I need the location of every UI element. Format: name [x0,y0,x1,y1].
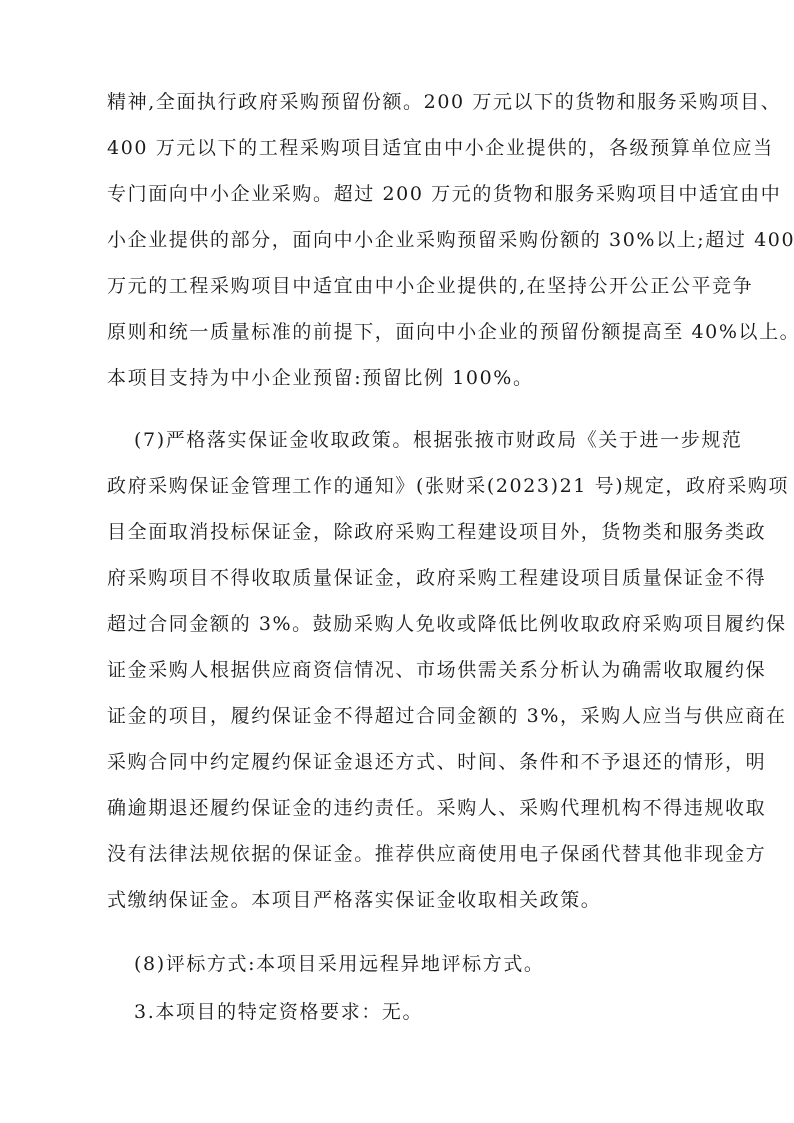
text-line: 府采购项目不得收取质量保证金，政府采购工程建设项目质量保证金不得 [107,566,697,590]
text-line: 采购合同中约定履约保证金退还方式、时间、条件和不予退还的情形，明 [107,750,697,774]
text-line: 式缴纳保证金。本项目严格落实保证金收取相关政策。 [107,888,697,912]
text-line: 3.本项目的特定资格要求：无。 [134,1000,697,1024]
text-line: 400 万元以下的工程采购项目适宜由中小企业提供的，各级预算单位应当 [107,136,697,160]
text-line: (8)评标方式:本项目采用远程异地评标方式。 [134,952,697,976]
text-line: 目全面取消投标保证金，除政府采购工程建设项目外，货物类和服务类政 [107,520,697,544]
text-line: 确逾期退还履约保证金的违约责任。采购人、采购代理机构不得违规收取 [107,796,697,820]
text-line: 专门面向中小企业采购。超过 200 万元的货物和服务采购项目中适宜由中 [107,182,697,206]
text-line: 万元的工程采购项目中适宜由中小企业提供的,在坚持公开公正公平竞争 [107,274,697,298]
text-line: 本项目支持为中小企业预留:预留比例 100%。 [107,366,697,390]
text-line: 政府采购保证金管理工作的通知》(张财采(2023)21 号)规定，政府采购项 [107,474,697,498]
text-line: 证金采购人根据供应商资信情况、市场供需关系分析认为确需收取履约保 [107,658,697,682]
text-line: 证金的项目，履约保证金不得超过合同金额的 3%，采购人应当与供应商在 [107,704,697,728]
text-line: 原则和统一质量标准的前提下，面向中小企业的预留份额提高至 40%以上。 [107,320,697,344]
text-line: (7)严格落实保证金收取政策。根据张掖市财政局《关于进一步规范 [134,428,697,452]
text-line: 超过合同金额的 3%。鼓励采购人免收或降低比例收取政府采购项目履约保 [107,612,697,636]
text-line: 精神,全面执行政府采购预留份额。200 万元以下的货物和服务采购项目、 [107,90,697,114]
document-page: 精神,全面执行政府采购预留份额。200 万元以下的货物和服务采购项目、 400 … [0,0,794,1123]
text-line: 没有法律法规依据的保证金。推荐供应商使用电子保函代替其他非现金方 [107,842,697,866]
text-line: 小企业提供的部分，面向中小企业采购预留采购份额的 30%以上;超过 400 [107,228,697,252]
